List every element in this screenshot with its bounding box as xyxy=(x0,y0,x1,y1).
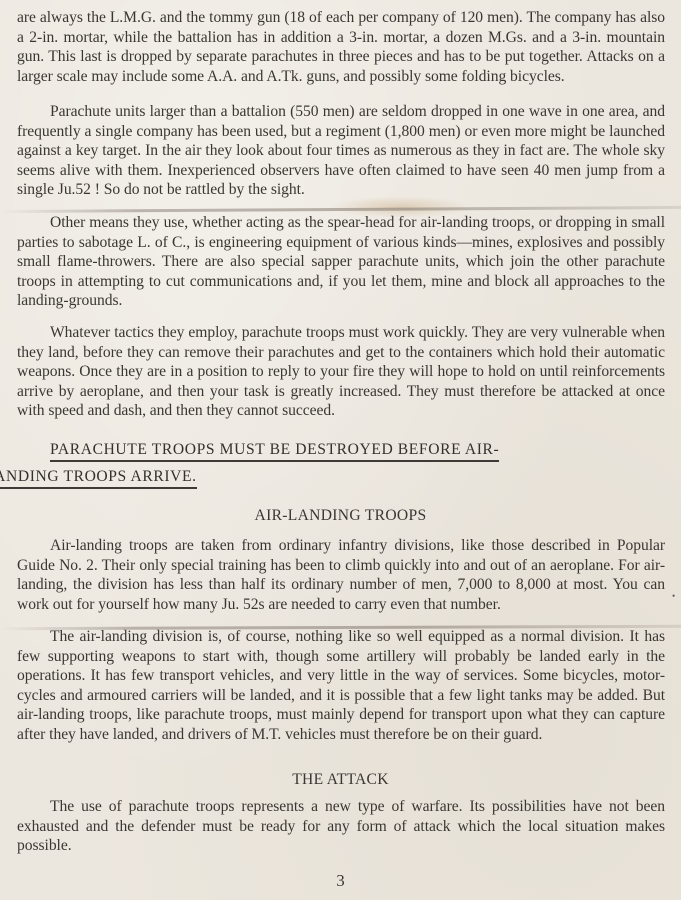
margin-mark: • xyxy=(672,591,675,601)
warning-line-1: PARACHUTE TROOPS MUST BE DESTROYED BEFOR… xyxy=(50,441,499,462)
paragraph-text: Air-landing troops are taken from ordina… xyxy=(17,536,665,614)
paragraph-text: are always the L.M.G. and the tommy gun … xyxy=(17,8,665,86)
paragraph-text: The use of parachute troops represents a… xyxy=(17,797,665,856)
paragraph-air-landing-equipment: The air-landing division is, of course, … xyxy=(17,627,665,745)
paragraph-other-means: Other means they use, whether acting as … xyxy=(17,213,665,311)
paragraph-text: Whatever tactics they employ, parachute … xyxy=(17,323,665,421)
section-heading-attack: THE ATTACK xyxy=(0,771,681,789)
document-page: are always the L.M.G. and the tommy gun … xyxy=(0,0,681,900)
section-heading-air-landing: AIR-LANDING TROOPS xyxy=(0,507,681,525)
paragraph-text: Parachute units larger than a battalion … xyxy=(17,102,665,200)
paragraph-attack-intro: The use of parachute troops represents a… xyxy=(17,797,665,856)
page-number: 3 xyxy=(0,871,681,891)
paragraph-tactics: Whatever tactics they employ, parachute … xyxy=(17,323,665,421)
paragraph-text: The air-landing division is, of course, … xyxy=(17,627,665,745)
warning-line-2: LANDING TROOPS ARRIVE. xyxy=(0,468,197,489)
paragraph-unit-size: Parachute units larger than a battalion … xyxy=(17,102,665,200)
paragraph-text: Other means they use, whether acting as … xyxy=(17,213,665,311)
warning-statement: PARACHUTE TROOPS MUST BE DESTROYED BEFOR… xyxy=(17,436,665,490)
paragraph-weapons: are always the L.M.G. and the tommy gun … xyxy=(17,8,665,86)
paragraph-air-landing-origin: Air-landing troops are taken from ordina… xyxy=(17,536,665,614)
